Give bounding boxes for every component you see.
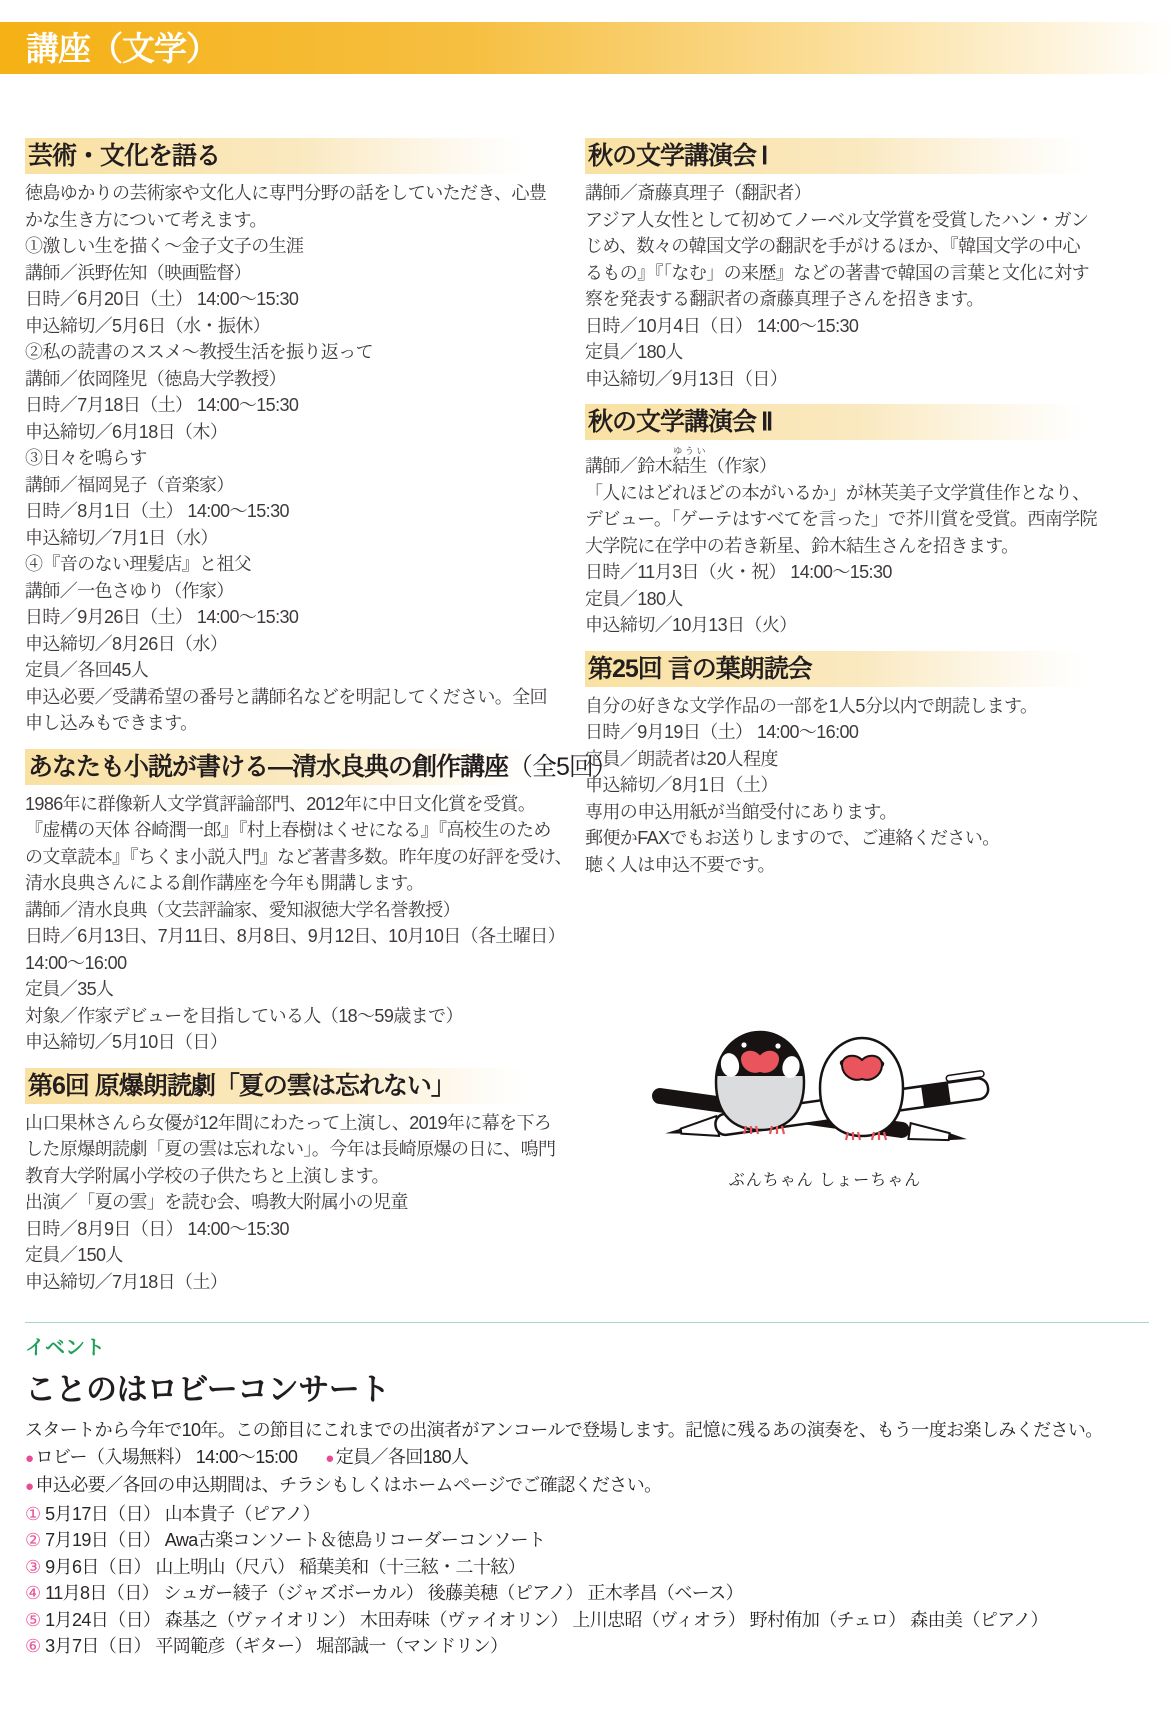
section-kotonoha-reading: 第25回 言の葉朗読会 自分の好きな文学作品の一部を1人5分以内で朗読します。日… xyxy=(585,651,1085,879)
section-title: 芸術・文化を語る xyxy=(28,142,220,170)
text-line: 日時／8月1日（土） 14:00～15:30 xyxy=(25,498,525,525)
text-line: 対象／作家デビューを目指している人（18～59歳まで） xyxy=(25,1003,525,1030)
text-line: 定員／朗読者は20人程度 xyxy=(585,746,1085,773)
section-title: あなたも小説が書ける―清水良典の創作講座 xyxy=(28,753,508,781)
section-body: 徳島ゆかりの芸術家や文化人に専門分野の話をしていただき、心豊かな生き方について考… xyxy=(25,180,525,737)
event-item-text: 5月17日（日） 山本貴子（ピアノ） xyxy=(45,1504,320,1524)
section-body-lines: 「人にはどれほどの本がいるか」が林芙美子文学賞佳作となり、デビュー。「ゲーテはす… xyxy=(585,480,1085,639)
text-line: 申込締切／7月1日（水） xyxy=(25,525,525,552)
text-line: 1986年に群像新人文学賞評論部門、2012年に中日文化賞を受賞。 xyxy=(25,791,525,818)
text-line: 定員／各回45人 xyxy=(25,657,525,684)
event-item-text: 9月6日（日） 山上明山（尺八） 稲葉美和（十三絃・二十絃） xyxy=(45,1557,525,1577)
text-line: 自分の好きな文学作品の一部を1人5分以内で朗読します。 xyxy=(585,693,1085,720)
section-numeral: Ⅰ xyxy=(761,143,768,170)
text-line: 申込締切／6月18日（木） xyxy=(25,419,525,446)
event-item-text: 1月24日（日） 森基之（ヴァイオリン） 木田寿味（ヴァイオリン） 上川忠昭（ヴ… xyxy=(45,1610,1048,1630)
text-line: 日時／6月20日（土） 14:00～15:30 xyxy=(25,286,525,313)
section-title: 第6回 原爆朗読劇「夏の雲は忘れない」 xyxy=(28,1072,455,1100)
text-line: 徳島ゆかりの芸術家や文化人に専門分野の話をしていただき、心豊 xyxy=(25,180,525,207)
text-line: 講師／一色さゆり（作家） xyxy=(25,578,525,605)
text-line: 申込締切／5月6日（水・振休） xyxy=(25,313,525,340)
text-line: 日時／8月9日（日） 14:00～15:30 xyxy=(25,1216,525,1243)
text-line: 講師／清水良典（文芸評論家、愛知淑徳大学名誉教授） xyxy=(25,897,525,924)
section-heading: 秋の文学講演会Ⅰ xyxy=(585,138,1085,174)
events-label: イベント xyxy=(25,1331,1149,1360)
left-column: 芸術・文化を語る 徳島ゆかりの芸術家や文化人に専門分野の話をしていただき、心豊か… xyxy=(25,138,525,1307)
text-line: ②私の読書のススメ～教授生活を振り返って xyxy=(25,339,525,366)
text-line: 申込締切／8月1日（土） xyxy=(585,772,1085,799)
text-line: ④『音のない理髪店』と祖父 xyxy=(25,551,525,578)
text-line: した原爆朗読劇「夏の雲は忘れない」。今年は長崎原爆の日に、鳴門 xyxy=(25,1136,525,1163)
text-line: デビュー。「ゲーテはすべてを言った」で芥川賞を受賞。西南学院 xyxy=(585,506,1085,533)
lecturer-furigana: ゆうい xyxy=(672,446,707,456)
event-item-text: 3月7日（日） 平岡範彦（ギター） 堀部誠一（マンドリン） xyxy=(45,1636,507,1656)
event-item: ⑤1月24日（日） 森基之（ヴァイオリン） 木田寿味（ヴァイオリン） 上川忠昭（… xyxy=(25,1607,1149,1634)
event-item-text: 11月8日（日） シュガー綾子（ジャズボーカル） 後藤美穂（ピアノ） 正木孝昌（… xyxy=(45,1583,743,1603)
events-bullet-row-1: ●ロビー（入場無料） 14:00～15:00●定員／各回180人 xyxy=(25,1444,1149,1473)
text-line: 申込締切／9月13日（日） xyxy=(585,366,1085,393)
event-item: ②7月19日（日） Awa古楽コンソート＆徳島リコーダーコンソート xyxy=(25,1527,1149,1554)
text-line: 講師／斎藤真理子（翻訳者） xyxy=(585,180,1085,207)
events-body: スタートから今年で10年。この節目にこれまでの出演者がアンコールで登場します。記… xyxy=(25,1417,1149,1660)
text-line: 郵便かFAXでもお送りしますので、ご連絡ください。 xyxy=(585,825,1085,852)
bullet-icon: ● xyxy=(25,1478,33,1495)
section-heading: 芸術・文化を語る xyxy=(25,138,525,174)
lecturer-name-ruby: 結生ゆうい xyxy=(672,456,707,476)
events-bullet-row-2: ●申込必要／各回の申込期間は、チラシもしくはホームページでご確認ください。 xyxy=(25,1472,1149,1501)
text-line: 定員／35人 xyxy=(25,976,525,1003)
text-line: るもの』『「なむ」の来歴』などの著書で韓国の言葉と文化に対す xyxy=(585,260,1085,287)
section-title: 第25回 言の葉朗読会 xyxy=(588,655,812,683)
events-application-note: 申込必要／各回の申込期間は、チラシもしくはホームページでご確認ください。 xyxy=(35,1475,661,1495)
banner-title: 講座（文学） xyxy=(26,30,218,67)
lecturer-name: 結生 xyxy=(672,456,707,476)
text-line: 専用の申込用紙が当館受付にあります。 xyxy=(585,799,1085,826)
section-autumn-lecture-2: 秋の文学講演会Ⅱ 講師／鈴木結生ゆうい（作家） 「人にはどれほどの本がいるか」が… xyxy=(585,404,1085,639)
events-block: イベント ことのはロビーコンサート スタートから今年で10年。この節目にこれまで… xyxy=(25,1322,1149,1660)
event-item: ①5月17日（日） 山本貴子（ピアノ） xyxy=(25,1501,1149,1528)
bird-mascots-illustration: ぶんちゃん しょーちゃん xyxy=(600,1018,1010,1190)
illustration-caption: ぶんちゃん しょーちゃん xyxy=(600,1167,1010,1190)
circled-number-icon: ④ xyxy=(25,1583,41,1603)
events-title: ことのはロビーコンサート xyxy=(25,1364,1149,1409)
event-item: ⑥3月7日（日） 平岡範彦（ギター） 堀部誠一（マンドリン） xyxy=(25,1633,1149,1660)
text-line: 日時／11月3日（火・祝） 14:00～15:30 xyxy=(585,559,1085,586)
text-line: 日時／7月18日（土） 14:00～15:30 xyxy=(25,392,525,419)
text-line: かな生き方について考えます。 xyxy=(25,207,525,234)
events-description: スタートから今年で10年。この節目にこれまでの出演者がアンコールで登場します。記… xyxy=(25,1417,1149,1444)
text-line: 察を発表する翻訳者の斎藤真理子さんを招きます。 xyxy=(585,286,1085,313)
text-line: の文章読本』『ちくま小説入門』など著書多数。昨年度の好評を受け、 xyxy=(25,844,525,871)
circled-number-icon: ② xyxy=(25,1530,41,1550)
text-line: 申込締切／10月13日（火） xyxy=(585,612,1085,639)
text-line: 定員／180人 xyxy=(585,586,1085,613)
flyer-page: 講座（文学） 芸術・文化を語る 徳島ゆかりの芸術家や文化人に専門分野の話をしてい… xyxy=(0,0,1174,1720)
event-item: ③9月6日（日） 山上明山（尺八） 稲葉美和（十三絃・二十絃） xyxy=(25,1554,1149,1581)
text-line: 教育大学附属小学校の子供たちと上演します。 xyxy=(25,1163,525,1190)
section-atomic-bomb-reading: 第6回 原爆朗読劇「夏の雲は忘れない」 山口果林さんら女優が12年間にわたって上… xyxy=(25,1068,525,1296)
circled-number-icon: ① xyxy=(25,1504,41,1524)
event-item-text: 7月19日（日） Awa古楽コンソート＆徳島リコーダーコンソート xyxy=(45,1530,545,1550)
events-capacity: 定員／各回180人 xyxy=(336,1447,469,1467)
text-line: 日時／9月19日（土） 14:00～16:00 xyxy=(585,719,1085,746)
java-sparrows-on-pens-drawing xyxy=(600,1018,1000,1158)
event-item: ④11月8日（日） シュガー綾子（ジャズボーカル） 後藤美穂（ピアノ） 正木孝昌… xyxy=(25,1580,1149,1607)
section-body: 講師／鈴木結生ゆうい（作家） 「人にはどれほどの本がいるか」が林芙美子文学賞佳作… xyxy=(585,446,1085,639)
text-line: 定員／180人 xyxy=(585,339,1085,366)
text-line: 申込必要／受講希望の番号と講師名などを明記してください。全回 xyxy=(25,684,525,711)
text-line: ①激しい生を描く～金子文子の生涯 xyxy=(25,233,525,260)
text-line: アジア人女性として初めてノーベル文学賞を受賞したハン・ガン xyxy=(585,207,1085,234)
section-heading: 第6回 原爆朗読劇「夏の雲は忘れない」 xyxy=(25,1068,525,1104)
section-heading: 第25回 言の葉朗読会 xyxy=(585,651,1085,687)
events-venue: ロビー（入場無料） 14:00～15:00 xyxy=(35,1447,297,1467)
bullet-icon: ● xyxy=(325,1450,333,1467)
text-line: 14:00～16:00 xyxy=(25,950,525,977)
text-line: 講師／福岡晃子（音楽家） xyxy=(25,472,525,499)
text-line: 申し込みもできます。 xyxy=(25,710,525,737)
text-line: 定員／150人 xyxy=(25,1242,525,1269)
text-line: 「人にはどれほどの本がいるか」が林芙美子文学賞佳作となり、 xyxy=(585,480,1085,507)
text-line: 清水良典さんによる創作講座を今年も開講します。 xyxy=(25,870,525,897)
section-heading: あなたも小説が書ける―清水良典の創作講座（全5回） xyxy=(25,749,525,785)
section-numeral: Ⅱ xyxy=(761,409,773,436)
section-novel-course: あなたも小説が書ける―清水良典の創作講座（全5回） 1986年に群像新人文学賞評… xyxy=(25,749,525,1056)
section-body: 講師／斎藤真理子（翻訳者）アジア人女性として初めてノーベル文学賞を受賞したハン・… xyxy=(585,180,1085,392)
text-line: 日時／9月26日（土） 14:00～15:30 xyxy=(25,604,525,631)
text-line: 日時／6月13日、7月11日、8月8日、9月12日、10月10日（各土曜日） xyxy=(25,923,525,950)
section-title: 秋の文学講演会 xyxy=(588,408,756,436)
text-line: 山口果林さんら女優が12年間にわたって上演し、2019年に幕を下ろ xyxy=(25,1110,525,1137)
text-line: 『虚構の天体 谷崎潤一郎』『村上春樹はくせになる』『高校生のため xyxy=(25,817,525,844)
text-line: 申込締切／7月18日（土） xyxy=(25,1269,525,1296)
circled-number-icon: ⑤ xyxy=(25,1610,41,1630)
text-line: じめ、数々の韓国文学の翻訳を手がけるほか、『韓国文学の中心 xyxy=(585,233,1085,260)
section-autumn-lecture-1: 秋の文学講演会Ⅰ 講師／斎藤真理子（翻訳者）アジア人女性として初めてノーベル文学… xyxy=(585,138,1085,392)
text-line: 講師／浜野佐知（映画監督） xyxy=(25,260,525,287)
text-line: 出演／「夏の雲」を読む会、鳴教大附属小の児童 xyxy=(25,1189,525,1216)
page-banner: 講座（文学） xyxy=(0,22,1174,74)
right-column: 秋の文学講演会Ⅰ 講師／斎藤真理子（翻訳者）アジア人女性として初めてノーベル文学… xyxy=(585,138,1085,1190)
section-body: 自分の好きな文学作品の一部を1人5分以内で朗読します。日時／9月19日（土） 1… xyxy=(585,693,1085,879)
text-line: ③日々を鳴らす xyxy=(25,445,525,472)
circled-number-icon: ⑥ xyxy=(25,1636,41,1656)
lecturer-line: 講師／鈴木結生ゆうい（作家） xyxy=(585,446,1085,480)
section-body: 山口果林さんら女優が12年間にわたって上演し、2019年に幕を下ろした原爆朗読劇… xyxy=(25,1110,525,1296)
text-line: 大学院に在学中の若き新星、鈴木結生さんを招きます。 xyxy=(585,533,1085,560)
section-heading: 秋の文学講演会Ⅱ xyxy=(585,404,1085,440)
section-body: 1986年に群像新人文学賞評論部門、2012年に中日文化賞を受賞。『虚構の天体 … xyxy=(25,791,525,1056)
text-line: 聴く人は申込不要です。 xyxy=(585,852,1085,879)
text-line: 講師／依岡隆児（徳島大学教授） xyxy=(25,366,525,393)
text-line: 日時／10月4日（日） 14:00～15:30 xyxy=(585,313,1085,340)
circled-number-icon: ③ xyxy=(25,1557,41,1577)
text-line: 申込締切／8月26日（水） xyxy=(25,631,525,658)
lecturer-prefix: 講師／鈴木 xyxy=(585,456,672,476)
section-title: 秋の文学講演会 xyxy=(588,142,756,170)
bullet-icon: ● xyxy=(25,1450,33,1467)
text-line: 申込締切／5月10日（日） xyxy=(25,1029,525,1056)
section-art-culture: 芸術・文化を語る 徳島ゆかりの芸術家や文化人に専門分野の話をしていただき、心豊か… xyxy=(25,138,525,737)
lecturer-suffix: （作家） xyxy=(707,456,777,476)
